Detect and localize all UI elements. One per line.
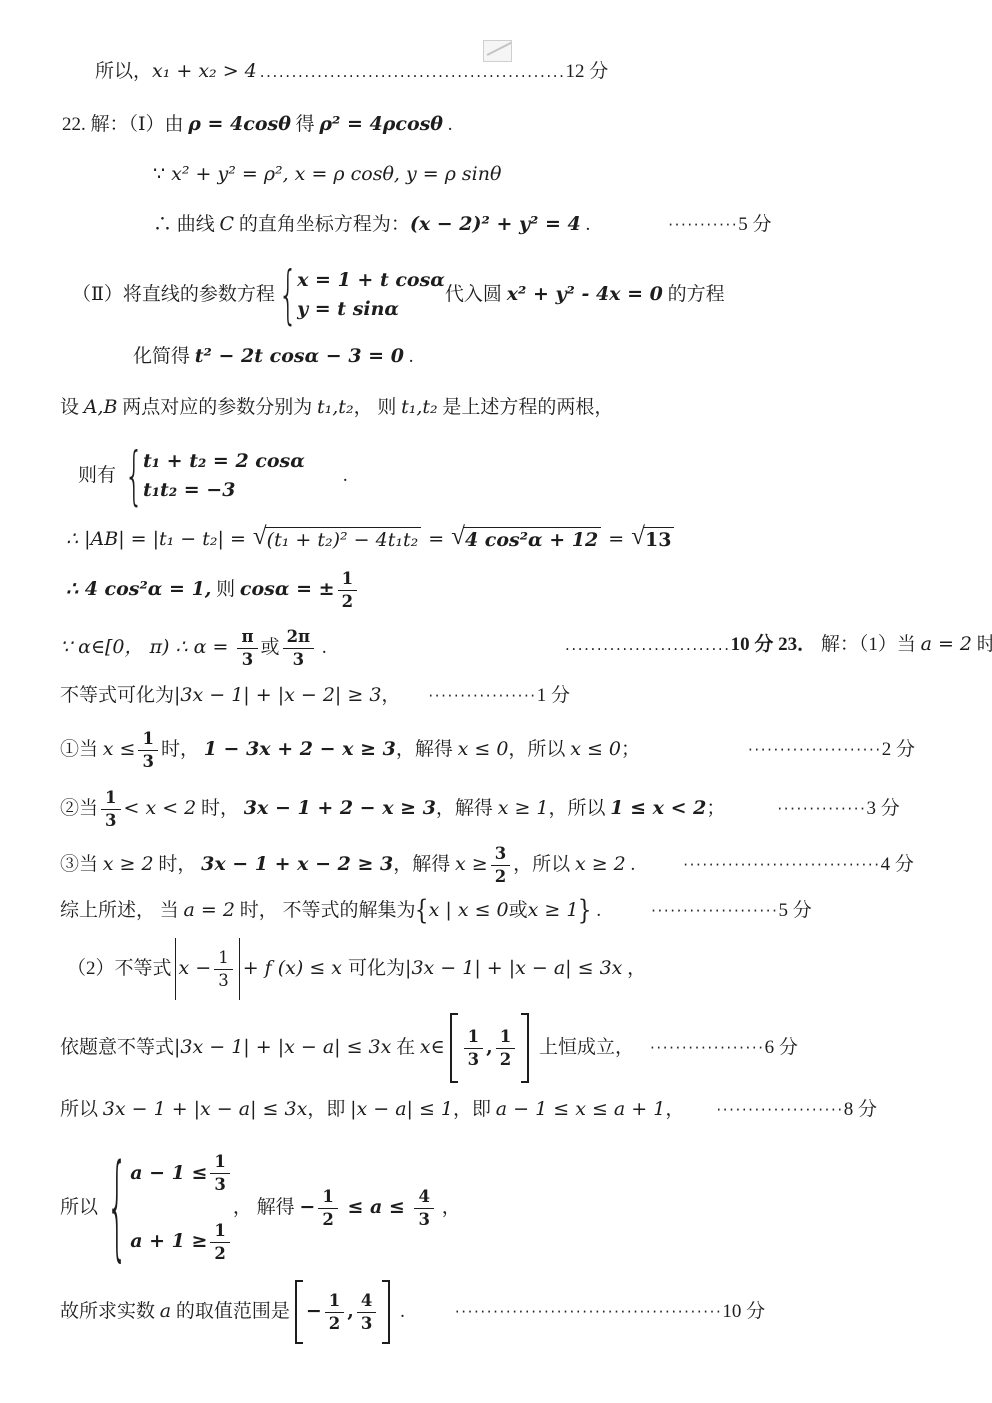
text-run: .: [626, 853, 636, 877]
numerator: 1: [318, 1187, 337, 1209]
math-run: x | x ≤ 0: [429, 899, 509, 923]
equation-system: { t₁ + t₂ = 2 cosα t₁t₂ = −3: [121, 450, 305, 503]
text-run: 两点对应的参数分别为: [118, 396, 318, 420]
text-run: ，即: [307, 1098, 350, 1122]
math-run: cosα = ±: [240, 578, 335, 602]
set-brace-left: {: [415, 894, 429, 928]
radicand: 4 cos²α + 12: [463, 527, 601, 553]
text-run: 时，: [196, 797, 244, 821]
math-run: t² − 2t cosα − 3 = 0: [195, 345, 404, 369]
text-run: 的直角坐标方程为：: [234, 213, 410, 237]
bracket-right: [382, 1280, 390, 1344]
line-q23-part2-start: （2）不等式 x − 1 3 + f (x) ≤ x 可化为 |3x − 1| …: [67, 938, 646, 1000]
math-run: a = 2: [184, 899, 235, 923]
text-run: ，: [437, 1196, 461, 1220]
text-run: 不等式可化为: [60, 684, 174, 708]
denominator: 3: [414, 1209, 433, 1230]
broken-image-icon: [483, 40, 512, 62]
fraction: 1 2: [210, 1221, 229, 1264]
text-run: 是上述方程的两根，: [438, 396, 614, 420]
system-brace: {: [278, 268, 297, 322]
math-run: x ≥ 2: [575, 853, 626, 877]
fraction: 4 3: [357, 1291, 376, 1334]
text-run: 则有: [78, 464, 121, 488]
line-q23-interval-condition: 依题意不等式 |3x − 1| + |x − a| ≤ 3x 在 x∈ 1 3 …: [60, 1013, 798, 1083]
dots-leader: ········································…: [455, 1303, 722, 1322]
line-q22-cartesian-eq: ∴ 曲线 C 的直角坐标方程为： (x − 2)² + y² = 4 . ···…: [153, 213, 772, 237]
score-label: 1 分: [537, 684, 570, 708]
denominator: 3: [357, 1313, 376, 1334]
score-label: 5 分: [738, 213, 771, 237]
text-run: ；: [706, 797, 725, 821]
text-run: ①当: [60, 738, 103, 762]
text-run: 故所求实数: [60, 1300, 160, 1324]
text-run: ，所以: [508, 738, 570, 762]
text-run: ∴ 曲线: [153, 213, 220, 237]
dots-leader: ·······························: [683, 856, 880, 875]
math-run: t₁,t₂: [401, 396, 438, 420]
text-run: ②当: [60, 797, 98, 821]
equation-system: { a − 1 ≤ 1 3 a + 1 ≥ 1 2: [98, 1152, 233, 1263]
text-run: 所以: [60, 1196, 98, 1220]
dots-leader: ·····················: [748, 741, 882, 760]
math-run: a: [160, 1300, 171, 1324]
denominator: 3: [238, 649, 257, 670]
score-label: 5 分: [779, 899, 812, 923]
denominator: 3: [210, 1174, 229, 1195]
comma: ,: [347, 1300, 354, 1324]
numerator: 1: [101, 788, 120, 810]
text-run: （Ⅱ）将直线的参数方程: [72, 283, 275, 307]
numerator: 3: [491, 844, 510, 866]
math-run: |3x − 1| + |x − a| ≤ 3x: [174, 1036, 391, 1060]
line-q22-simplified: 化简得 t² − 2t cosα − 3 = 0 .: [133, 345, 413, 369]
text-run: ，: [381, 684, 400, 708]
math-run: a + 1 ≥: [130, 1230, 207, 1254]
numerator: 2π: [283, 627, 315, 649]
text-run: ，即: [453, 1098, 496, 1122]
abs-bar-left: [175, 938, 176, 1000]
denominator: 2: [491, 866, 510, 887]
math-run: ρ² = 4ρcosθ: [319, 113, 443, 137]
math-run: ∵ α∈[0， π) ∴ α =: [60, 636, 234, 660]
math-run: x ≥ 1: [528, 899, 579, 923]
text-run: 化简得: [133, 345, 195, 369]
text-run: ，解得: [393, 853, 455, 877]
math-run: 1 ≤ x < 2: [610, 797, 706, 821]
line-q23-final-answer: 故所求实数 a 的取值范围是 − 1 2 , 4 3 . ···········…: [60, 1280, 765, 1344]
score-label: 12 分: [565, 60, 608, 84]
text-run: .: [581, 213, 591, 237]
text-run: .: [404, 345, 414, 369]
math-run: t₁,t₂: [317, 396, 354, 420]
fraction: 1 3: [210, 1152, 229, 1195]
numerator: 1: [210, 1152, 229, 1174]
text-run: 可化为: [348, 957, 405, 981]
text-run: .: [317, 636, 327, 660]
numerator: 4: [414, 1187, 433, 1209]
text-run: 的取值范围是: [171, 1300, 290, 1324]
abs-bar-right: [239, 938, 240, 1000]
numerator: 1: [210, 1221, 229, 1243]
math-run: ≤ a ≤: [341, 1196, 412, 1220]
fraction: 1 2: [338, 569, 357, 612]
denominator: 2: [325, 1313, 344, 1334]
numerator: 1: [138, 729, 157, 751]
math-run: x² + y² - 4x = 0: [507, 283, 663, 307]
text-run: 依题意不等式: [60, 1036, 174, 1060]
text-run: 时，: [154, 853, 202, 877]
math-run: |x − a| ≤ 1: [350, 1098, 453, 1122]
text-run: 在: [391, 1036, 420, 1060]
score-label: 10 分 23．: [731, 633, 817, 657]
line-q21-conclusion: 所以， x₁ + x₂ > 4 ........................…: [95, 60, 608, 84]
bracket-left: [295, 1280, 303, 1344]
line-q22-parametric: （Ⅱ）将直线的参数方程 { x = 1 + t cosα y = t sinα …: [72, 262, 725, 328]
numerator: 1: [496, 1027, 515, 1049]
line-q22-roots-setup: 设 A,B 两点对应的参数分别为 t₁,t₂ ， 则 t₁,t₂ 是上述方程的两…: [60, 396, 613, 420]
dots-leader: ····················: [716, 1101, 843, 1120]
math-run: a − 1 ≤: [130, 1162, 207, 1186]
math-run: x² + y² = ρ², x = ρ cosθ, y = ρ sinθ: [171, 163, 501, 187]
text-run: 代入圆: [445, 283, 507, 307]
denominator: 2: [318, 1209, 337, 1230]
math-run: ∴ |AB| = |t₁ − t₂| =: [66, 528, 252, 552]
system-brace: {: [107, 1160, 128, 1257]
dots-leader: ···········: [668, 216, 738, 235]
line-q23-case1: ①当 x ≤ 1 3 时， 1 − 3x + 2 − x ≥ 3 ，解得 x ≤…: [60, 722, 915, 778]
text-run: 得: [291, 113, 320, 137]
math-run: t₁t₂ = −3: [143, 479, 236, 503]
math-run: 3x − 1 + 2 − x ≥ 3: [244, 797, 436, 821]
text-run: .: [592, 899, 602, 923]
text-run: 所以: [60, 1098, 103, 1122]
dots-leader: ····················: [651, 902, 778, 921]
fraction: 1 2: [325, 1291, 344, 1334]
comma: ,: [486, 1036, 493, 1060]
math-run: x₁ + x₂ > 4: [152, 60, 257, 84]
math-run: a = 2: [921, 633, 972, 657]
radical: √ (t₁ + t₂)² − 4t₁t₂: [253, 527, 421, 553]
line-q23-case2: ②当 1 3 < x < 2 时， 3x − 1 + 2 − x ≥ 3 ，解得…: [60, 780, 900, 838]
system-rows: t₁ + t₂ = 2 cosα t₁t₂ = −3: [143, 450, 305, 503]
math-run: =: [422, 528, 450, 552]
denominator: 2: [210, 1243, 229, 1264]
denominator: 3: [101, 810, 120, 831]
numerator: 4: [357, 1291, 376, 1313]
math-run: 3x − 1 + x − 2 ≥ 3: [201, 853, 393, 877]
line-q22-ab-length: ∴ |AB| = |t₁ − t₂| = √ (t₁ + t₂)² − 4t₁t…: [66, 520, 675, 560]
math-run: (x − 2)² + y² = 4: [410, 213, 581, 237]
math-run: C: [220, 213, 235, 237]
line-q22-vieta: 则有 { t₁ + t₂ = 2 cosα t₁t₂ = −3 .: [78, 446, 348, 506]
line-q22-cos-value: ∴ 4 cos²α = 1, 则 cosα = ± 1 2: [66, 565, 360, 615]
radical: √ 4 cos²α + 12: [451, 527, 601, 553]
system-row: a + 1 ≥ 1 2: [130, 1221, 233, 1264]
line-q23-start: .......................... 10 分 23． 解：（1…: [565, 633, 992, 657]
set-brace-right: }: [578, 894, 592, 928]
numerator: 1: [464, 1027, 483, 1049]
system-brace: {: [124, 449, 143, 503]
numerator: π: [237, 627, 257, 649]
fraction: 4 3: [414, 1187, 433, 1230]
math-run: + f (x) ≤ x: [243, 957, 348, 981]
math-run: −: [306, 1300, 322, 1324]
line-q22-alpha-result: ∵ α∈[0， π) ∴ α = π 3 或 2π 3 .: [60, 620, 327, 676]
denominator: 3: [289, 649, 308, 670]
math-run: x∈: [420, 1036, 445, 1060]
dots-leader: ··················: [650, 1039, 765, 1058]
numerator: 1: [214, 948, 233, 970]
math-run: x ≥ 1: [498, 797, 549, 821]
bracket-left: [450, 1013, 458, 1083]
math-run: x ≥: [455, 853, 488, 877]
math-run: −: [299, 1196, 315, 1220]
text-run: ， 解得: [233, 1196, 300, 1220]
text-run: ，: [665, 1098, 684, 1122]
text-run: 所以，: [95, 60, 152, 84]
line-q23-case3: ③当 x ≥ 2 时， 3x − 1 + x − 2 ≥ 3 ，解得 x ≥ 3…: [60, 836, 914, 894]
system-rows: a − 1 ≤ 1 3 a + 1 ≥ 1 2: [130, 1152, 233, 1263]
math-run: x ≥ 2: [103, 853, 154, 877]
denominator: 2: [496, 1049, 515, 1070]
fraction: 1 2: [496, 1027, 515, 1070]
text-run: 时， 不等式的解集为: [235, 899, 416, 923]
text-run: 22. 解：（Ⅰ）由: [62, 113, 188, 137]
score-label: 6 分: [765, 1036, 798, 1060]
equation-system: { x = 1 + t cosα y = t sinα: [275, 269, 445, 322]
system-rows: x = 1 + t cosα y = t sinα: [297, 269, 445, 322]
dots-leader: ..........................: [565, 636, 731, 655]
text-run: 解：（1）当: [816, 633, 921, 657]
text-run: ， 则: [354, 396, 402, 420]
math-run: =: [602, 528, 630, 552]
denominator: 3: [214, 970, 233, 991]
math-run: 3x − 1 + |x − a| ≤ 3x: [103, 1098, 308, 1122]
denominator: 3: [138, 751, 157, 772]
because-symbol: ∵: [153, 163, 171, 187]
text-run: 时，: [161, 738, 204, 762]
text-run: ，所以: [549, 797, 611, 821]
line-q22-step1: 22. 解：（Ⅰ）由 ρ = 4cosθ 得 ρ² = 4ρcosθ .: [62, 113, 452, 137]
text-run: 设: [60, 396, 84, 420]
radicand: (t₁ + t₂)² − 4t₁t₂: [265, 527, 422, 553]
line-q23-bound-derivation: 所以 3x − 1 + |x − a| ≤ 3x ，即 |x − a| ≤ 1 …: [60, 1098, 877, 1122]
math-run: x ≤ 0: [458, 738, 509, 762]
numerator: 1: [338, 569, 357, 591]
text-run: 或: [509, 899, 528, 923]
text-run: （2）不等式: [67, 957, 172, 981]
fraction: 2π 3: [283, 627, 315, 670]
math-run: y = t sinα: [297, 298, 399, 322]
text-run: 上恒成立，: [534, 1036, 634, 1060]
text-run: ；: [621, 738, 640, 762]
exam-answer-page: { "sym": {"sqrt": "√", "lbrace": "{", "r…: [0, 0, 992, 1403]
radical: √ 13: [631, 527, 674, 553]
system-row: a − 1 ≤ 1 3: [130, 1152, 233, 1195]
text-run: ，: [622, 957, 646, 981]
math-run: |3x − 1| + |x − a| ≤ 3x: [405, 957, 622, 981]
dots-leader: ·················: [428, 687, 536, 706]
text-run: ③当: [60, 853, 103, 877]
math-run: t₁ + t₂ = 2 cosα: [143, 450, 305, 474]
fraction: 1 3: [138, 729, 157, 772]
math-run: x ≤ 0: [570, 738, 621, 762]
math-run: 1 − 3x + 2 − x ≥ 3: [204, 738, 396, 762]
fraction: 1 3: [464, 1027, 483, 1070]
line-q23-part1-summary: 综上所述， 当 a = 2 时， 不等式的解集为 { x | x ≤ 0 或 x…: [60, 893, 812, 929]
dots-leader: ··············: [777, 800, 866, 819]
fraction: 3 2: [491, 844, 510, 887]
line-q23-inequality: 不等式可化为 |3x − 1| + |x − 2| ≥ 3 ， ········…: [60, 684, 570, 708]
math-run: x = 1 + t cosα: [297, 269, 445, 293]
text-run: ，所以: [513, 853, 575, 877]
score-label: 4 分: [881, 853, 914, 877]
text-run: .: [443, 113, 453, 137]
numerator: 1: [325, 1291, 344, 1313]
denominator: 3: [464, 1049, 483, 1070]
score-label: 3 分: [867, 797, 900, 821]
dots-leader: ........................................…: [260, 63, 566, 82]
fraction: π 3: [237, 627, 257, 670]
denominator: 2: [338, 591, 357, 612]
text-run: 则: [211, 578, 240, 602]
fraction: 1 3: [214, 948, 233, 991]
radicand: 13: [643, 527, 674, 553]
math-run: a − 1 ≤ x ≤ a + 1: [496, 1098, 666, 1122]
score-label: 10 分: [722, 1300, 765, 1324]
line-q22-identities: ∵ x² + y² = ρ², x = ρ cosθ, y = ρ sinθ: [153, 163, 501, 187]
fraction: 1 3: [101, 788, 120, 831]
score-label: 8 分: [844, 1098, 877, 1122]
text-run: ，解得: [436, 797, 498, 821]
fraction: 1 2: [318, 1187, 337, 1230]
score-label: 2 分: [882, 738, 915, 762]
text-run: .: [343, 464, 348, 488]
math-run: |3x − 1| + |x − 2| ≥ 3: [174, 684, 381, 708]
text-run: 综上所述， 当: [60, 899, 184, 923]
math-run: A,B: [84, 396, 118, 420]
math-run: x ≤: [103, 738, 136, 762]
math-run: x −: [179, 957, 212, 981]
text-run: 或: [261, 636, 280, 660]
math-run: < x < 2: [124, 797, 197, 821]
text-run: ，解得: [396, 738, 458, 762]
text-run: .: [395, 1300, 405, 1324]
math-run: ρ = 4cosθ: [188, 113, 291, 137]
bracket-right: [521, 1013, 529, 1083]
line-q23-a-system: 所以 { a − 1 ≤ 1 3 a + 1 ≥ 1 2 ， 解得 − 1 2: [60, 1148, 461, 1268]
math-run: ∴ 4 cos²α = 1,: [66, 578, 211, 602]
text-run: 时，原: [972, 633, 992, 657]
text-run: 的方程: [663, 283, 725, 307]
